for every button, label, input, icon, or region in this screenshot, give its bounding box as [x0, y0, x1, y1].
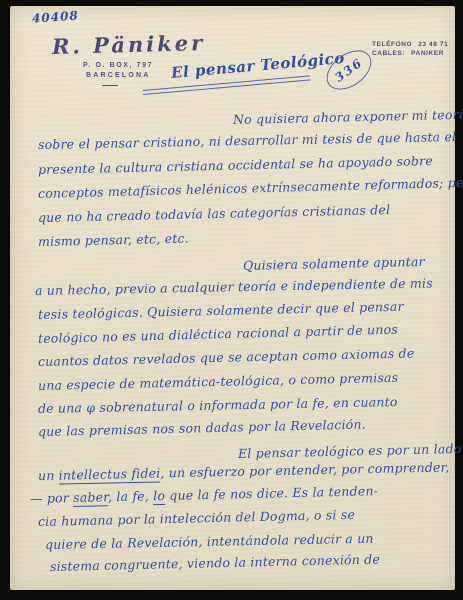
body-line: cuantos datos revelados que se aceptan c… [38, 345, 415, 369]
letter-paper: 40408 R. Päniker P. O. BOX, 797 BARCELON… [10, 6, 455, 590]
phone-label: TELÉFONO [372, 41, 412, 48]
archive-corner-number: 40408 [32, 8, 80, 25]
letterhead-name: R. Päniker [52, 30, 206, 59]
body-line: tesis teológicas. Quisiera solamente dec… [38, 299, 404, 322]
body-line-segment: , la fe, [108, 488, 153, 504]
letterhead-rule [102, 85, 118, 86]
body-line: que no ha creado todavía las categorías … [38, 202, 391, 225]
body-line: conceptos metafísicos helénicos extrínse… [38, 174, 463, 200]
body-line: Quisiera solamente apuntar [243, 254, 425, 273]
body-line-segment: , un esfuerzo por entender, por comprend… [160, 459, 449, 480]
body-line: — por saber, la fe, lo que la fe nos dic… [30, 483, 378, 506]
body-line-segment: que la fe nos dice. Es la tenden- [165, 483, 378, 503]
letterhead-contact-block: TELÉFONO23 48 71 CABLES:PANIKER [372, 40, 448, 58]
body-line: cia humana por la intelección del Dogma,… [38, 507, 355, 529]
body-line: que las premisas nos son dadas por la Re… [38, 417, 366, 439]
body-line: sistema congruente, viendo la interna co… [50, 552, 380, 574]
scanned-letter-page: { "scan": { "corner_number": "40408", "s… [0, 0, 463, 600]
cables-value: PANIKER [411, 50, 444, 57]
body-line: a un hecho, previo a cualquier teoría e … [35, 275, 433, 298]
underlined-word-lo: lo [153, 488, 165, 505]
body-line: presente la cultura cristiana occidental… [38, 153, 433, 177]
body-line: teológico no es una dialéctica racional … [38, 322, 398, 346]
letterhead-phone-line: TELÉFONO23 48 71 [372, 40, 448, 49]
body-line: una especie de matemática-teológica, o c… [38, 370, 399, 393]
underlined-phrase-intellectus-fidei: intellectus fidei [59, 465, 161, 484]
body-line: No quisiera ahora exponer mi teoría [233, 107, 463, 127]
phone-number: 23 48 71 [418, 41, 448, 48]
body-line: mismo pensar, etc, etc. [38, 231, 189, 249]
body-line: El pensar teológico es por un lado [238, 441, 462, 461]
body-line: quiere de la Revelación, intentándola re… [45, 531, 374, 552]
letterhead-cables-line: CABLES:PANIKER [372, 49, 448, 58]
letterhead-city: BARCELONA [86, 72, 151, 79]
title-double-underline [143, 75, 311, 95]
page-number-value: 336 [332, 55, 365, 85]
letterhead-po-box: P. O. BOX, 797 [83, 62, 153, 69]
body-line: sobre el pensar cristiano, ni desarrolla… [38, 129, 456, 152]
underlined-word-saber: saber [73, 489, 108, 507]
body-line-segment: un [38, 468, 59, 483]
cables-label: CABLES: [372, 50, 405, 57]
body-line-segment: — por [30, 490, 73, 506]
body-line: de una φ sobrenatural o informada por la… [38, 394, 398, 416]
body-line: un intellectus fidei, un esfuerzo por en… [38, 459, 450, 483]
